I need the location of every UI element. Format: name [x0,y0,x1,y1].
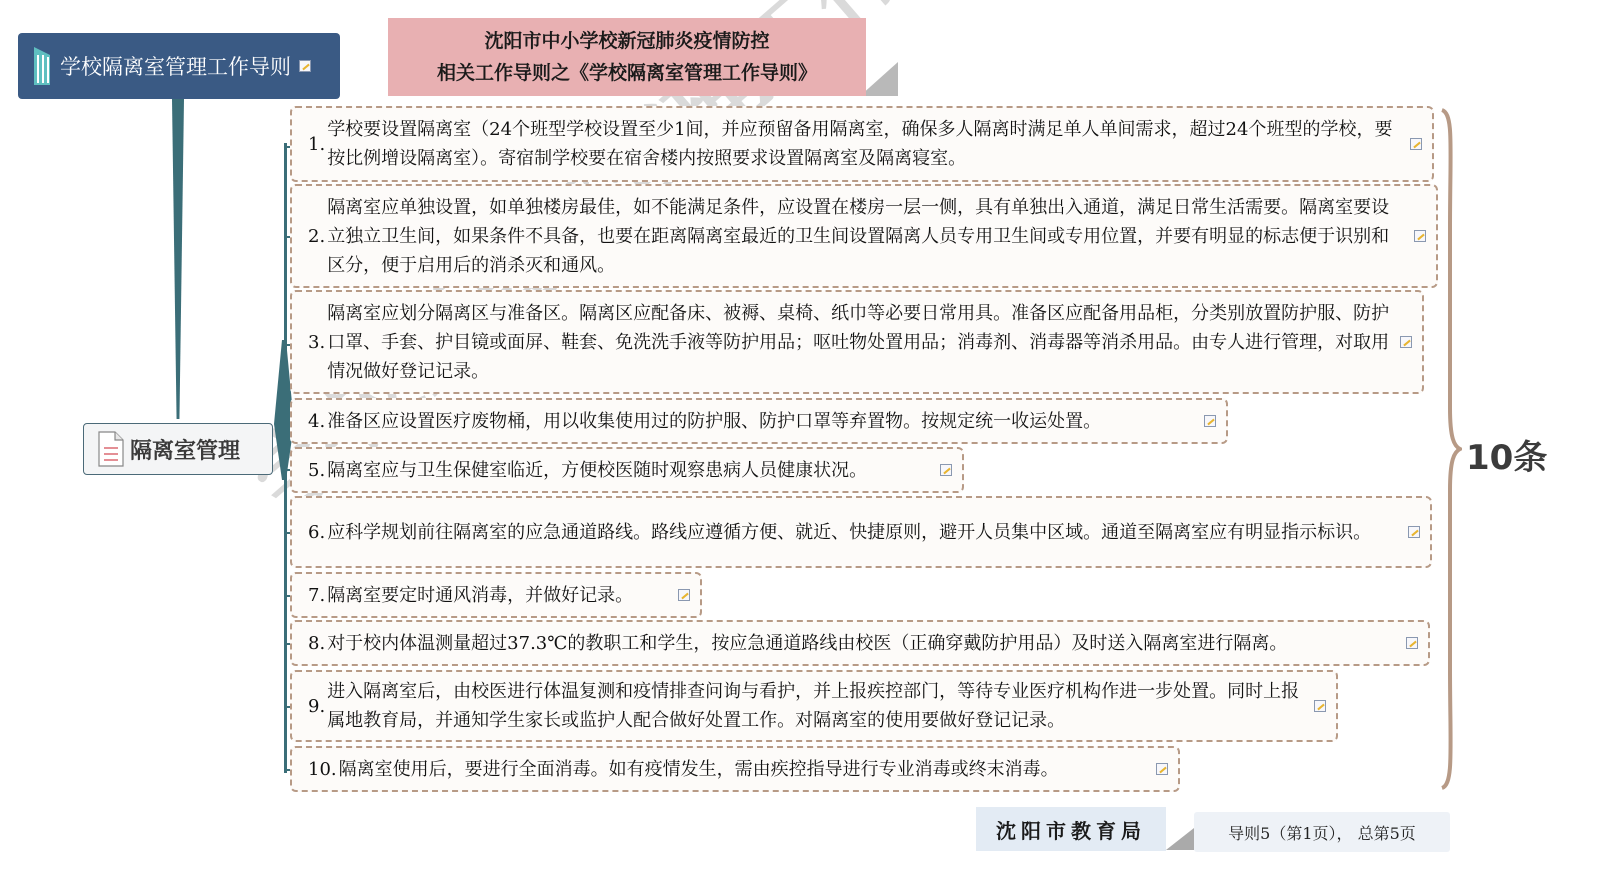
item-text: 隔离室要定时通风消毒，并做好记录。 [327,581,678,610]
item-number: 10. [292,755,339,784]
item-text: 对于校内体温测量超过37.3℃的教职工和学生，按应急通道路线由校医（正确穿戴防护… [327,629,1406,658]
item-number: 1. [292,130,327,159]
list-item-10[interactable]: 10. 隔离室使用后，要进行全面消毒。如有疫情发生，需由疾控指导进行专业消毒或终… [290,746,1180,792]
root-topic[interactable]: 学校隔离室管理工作导则 [18,33,340,99]
list-item-2[interactable]: 2. 隔离室应单独设置，如单独楼房最佳，如不能满足条件，应设置在楼房一层一侧，具… [290,184,1438,288]
banner-title-line2: 相关工作导则之《学校隔离室管理工作导则》 [437,57,817,89]
connector-trunk [172,99,184,419]
banner-title-line1: 沈阳市中小学校新冠肺炎疫情防控 [484,25,769,57]
item-number: 9. [292,692,327,721]
item-text: 隔离室应与卫生保健室临近，方便校医随时观察患病人员健康状况。 [327,456,940,485]
note-icon[interactable] [1156,763,1168,775]
summary-brace [1440,108,1462,790]
title-banner: 沈阳市中小学校新冠肺炎疫情防控 相关工作导则之《学校隔离室管理工作导则》 [388,18,866,96]
note-icon[interactable] [1406,637,1418,649]
item-text: 隔离室应单独设置，如单独楼房最佳，如不能满足条件，应设置在楼房一层一侧，具有单独… [327,193,1414,280]
list-item-1[interactable]: 1. 学校要设置隔离室（24个班型学校设置至少1间，并应预留备用隔离室，确保多人… [290,106,1434,182]
document-icon [98,431,124,467]
item-text: 准备区应设置医疗废物桶，用以收集使用过的防护服、防护口罩等弃置物。按规定统一收运… [327,407,1204,436]
item-number: 3. [292,328,327,357]
building-icon [34,47,54,85]
central-topic-label: 隔离室管理 [130,434,240,465]
list-item-8[interactable]: 8. 对于校内体温测量超过37.3℃的教职工和学生，按应急通道路线由校医（正确穿… [290,620,1430,666]
note-icon[interactable] [678,589,690,601]
item-text: 进入隔离室后，由校医进行体温复测和疫情排查问询与看护，并上报疾控部门，等待专业医… [327,677,1314,735]
list-item-5[interactable]: 5. 隔离室应与卫生保健室临近，方便校医随时观察患病人员健康状况。 [290,447,964,493]
note-icon[interactable] [940,464,952,476]
footer-page-info: 导则5（第1页）， 总第5页 [1194,812,1450,852]
item-number: 7. [292,581,327,610]
item-text: 隔离室应划分隔离区与准备区。隔离区应配备床、被褥、桌椅、纸巾等必要日常用具。准备… [327,299,1400,386]
note-icon[interactable] [1408,526,1420,538]
item-text: 应科学规划前往隔离室的应急通道路线。路线应遵循方便、就近、快捷原则，避开人员集中… [327,518,1408,547]
item-text: 学校要设置隔离室（24个班型学校设置至少1间，并应预留备用隔离室，确保多人隔离时… [327,115,1410,173]
note-icon[interactable] [1204,415,1216,427]
list-item-7[interactable]: 7. 隔离室要定时通风消毒，并做好记录。 [290,572,702,618]
root-topic-label: 学校隔离室管理工作导则 [60,51,291,81]
item-number: 8. [292,629,327,658]
note-icon[interactable] [299,60,311,72]
note-icon[interactable] [1400,336,1412,348]
note-icon[interactable] [1314,700,1326,712]
footer-shadow [1166,828,1194,850]
item-number: 6. [292,518,327,547]
central-topic[interactable]: 隔离室管理 [83,423,273,475]
note-icon[interactable] [1410,138,1422,150]
item-text: 隔离室使用后，要进行全面消毒。如有疫情发生，需由疾控指导进行专业消毒或终末消毒。 [339,755,1156,784]
item-number: 4. [292,407,327,436]
list-item-4[interactable]: 4. 准备区应设置医疗废物桶，用以收集使用过的防护服、防护口罩等弃置物。按规定统… [290,398,1228,444]
list-item-3[interactable]: 3. 隔离室应划分隔离区与准备区。隔离区应配备床、被褥、桌椅、纸巾等必要日常用具… [290,290,1424,394]
footer-organization: 沈阳市教育局 [976,807,1166,851]
item-number: 5. [292,456,327,485]
summary-count: 10条 [1466,430,1547,479]
note-icon[interactable] [1414,230,1426,242]
list-item-9[interactable]: 9. 进入隔离室后，由校医进行体温复测和疫情排查问询与看护，并上报疾控部门，等待… [290,670,1338,742]
list-item-6[interactable]: 6. 应科学规划前往隔离室的应急通道路线。路线应遵循方便、就近、快捷原则，避开人… [290,496,1432,568]
item-number: 2. [292,222,327,251]
